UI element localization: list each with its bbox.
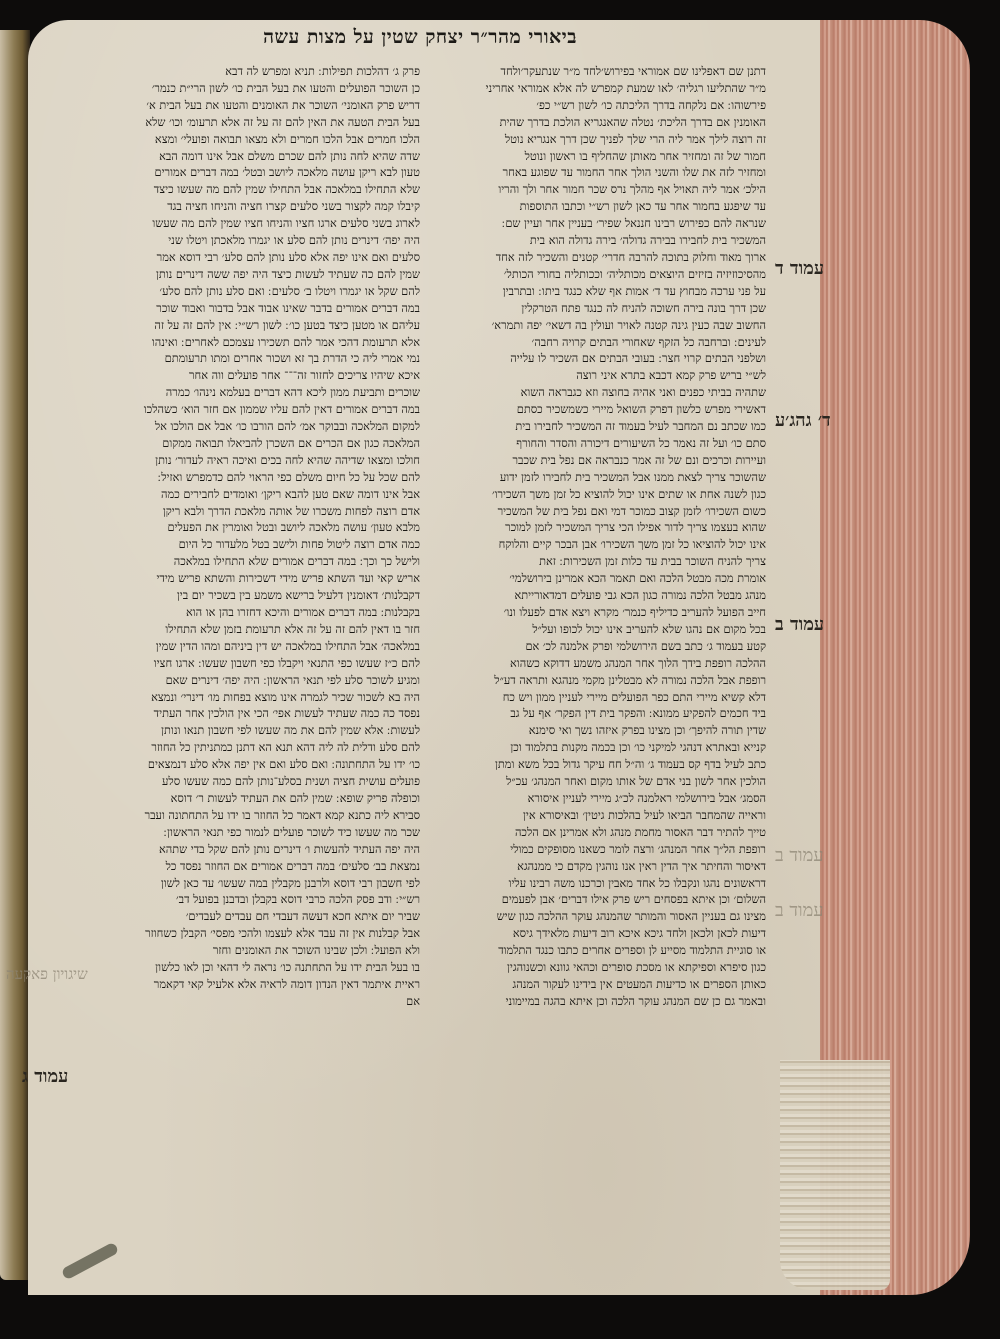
text-line: ההלכה רופפת בידך הלוך אחר המנהג משמע דדו… [436,656,766,673]
text-line: אם [96,994,420,1011]
text-line: במלאכה׳ אבל התחילו במלאכה יש דין ביניהם … [96,639,420,656]
text-line: למקום המלאכה ובבוקר אמ׳ להם הורבו כו׳ אב… [96,419,420,436]
text-line: ושלפני הבתים קרוי חצר ׃ בעובי הבתים אם ה… [436,351,766,368]
text-line: להם שכל על כל חיום משלם כפי הראוי להם כד… [96,470,420,487]
text-line: דראשונים נהגו ונקבלו כל אחד מאבין וכרכנו… [436,876,766,893]
text-line: טעון לבא ריקן עושה מלאכה ליושב ובטל׳ במה… [96,165,420,182]
text-line: שכן דרך בונה בירה חשוכה להניח לה כנגד פת… [436,301,766,318]
text-line: בו בעל הבית ידו על התחתנה כו׳ נראה לי דה… [96,960,420,977]
text-line: שהשוכר צריך לצאת ממנו אבל המשכיר בית לחב… [436,470,766,487]
text-line: על פני ערכה מבחוץ עד ד׳ אמות אף שלא כנגד… [436,284,766,301]
text-line: קטע בעמוד ג׳ כתב בשם הירושלמי ופרק אלמנה… [436,639,766,656]
margin-note-right: עמוד ב [775,845,824,866]
text-line: שמין להם כה שעתיד לעשות כיצד היה יפה ששה… [96,267,420,284]
text-line: טייך להתיר דבר האסור מחמת מנהג ולא אמרינ… [436,825,766,842]
text-line: שביר יום איתא חכא דעשה דעבדי חם עבדים לע… [96,909,420,926]
text-line: לארוג בשני סלעים ארגו חציו והניחו חציו ש… [96,216,420,233]
text-line: דאיסור והחיתר איך הדין ראין אנו נוהגין מ… [436,859,766,876]
text-line: וראייה שהמחבר הביאו לעיל בהלכות גיטין׳ ו… [436,808,766,825]
text-line: במה דברים אמורים דאין להם עליו שממון אם … [96,402,420,419]
text-column-left: פרק ג׳ דהלכות תפילות ׃ תניא ומפרש לה דבא… [96,64,420,1144]
text-line: הילכ׳ אמר ליה תאויל אף מהלך נרס שכר חמור… [436,182,766,199]
text-line: היה בא לשכור שכיר לגמרה אינו מוצא בפחות … [96,690,420,707]
text-line: מ״ר שהתליעו רגליה׳ לאו שמעת קמפרש לה אלא… [436,81,766,98]
text-line: ראיית איתמר דאין הנדון דומה לראיה אלא אל… [96,977,420,994]
text-line: כגון סיפרא וספיקתא או מסכת סופרים וכהאי … [436,960,766,977]
text-line: שוכרים ותביעת ממון ליכא דהא דברים בעלמא … [96,385,420,402]
text-line: אבל קבלנות אין זה עבד אלא לעצמו ולהכי מפ… [96,926,420,943]
text-line: רופפת הל״ך אחר המנהג׳ ורצה לומר כשאנו מס… [436,842,766,859]
text-line: כאותן הספרים או כדיעות המעטים אין בידינו… [436,977,766,994]
text-line: כתב לעיל בדף קס בעמוד ג׳ וה״ל חח עיקר גד… [436,757,766,774]
text-line: צריך להניח השוכר בבית עד כלות זמן השכירו… [436,554,766,571]
text-line: לעינים ׃ וברחבה כל הזקף שאחורי הבתים קרו… [436,335,766,352]
text-line: נפסד כה כמה שעתיד לעשות אפי׳ הכי אין הול… [96,706,420,723]
text-line: ולישל כך וכך ׃ במה דברים אמורים שלא התחי… [96,554,420,571]
text-line: שלא התחילו במלאכה אבל התחילו שמין להם מה… [96,182,420,199]
running-header: ביאורי מהר״ר יצחק שטין על מצות עשה [260,26,580,49]
text-line: דאשירי מפרש כלשון דפרק השואל מיירי כשמשכ… [436,402,766,419]
text-line: ארוך מאוד וחלוק בתוכה להרבה חדרי׳ קטנים … [436,250,766,267]
text-line: עליהם או מטען כיצד בטען כו׳ ׃ לשון רש״י … [96,318,420,335]
text-line: ומגיע לשוכר סלע לפי תנאי הראשון ׃ היה יפ… [96,673,420,690]
text-line: ועיירות וכרכים ונם של זה אמר כנבראה אם נ… [436,453,766,470]
text-line: דריש פרק האומני׳ השוכר את האומנים והטעו … [96,98,420,115]
text-line: איכא שיהיו צריכים לחזור זה־־־ אחר פועלים… [96,368,420,385]
text-line: קנייא ובאתרא דנהגי למיקני כו׳ וכן בכמה מ… [436,740,766,757]
text-line: היה יפה העתיד להעשות ו׳ דינרים נותן להם … [96,842,420,859]
text-line: דיעות לכאן ולכאן ולחד גיכא איכא רוב דיעו… [436,926,766,943]
text-line: חולכו ומצאו שדיהה שהיא לחה בכים ואיכה רא… [96,453,420,470]
text-line: אלא תרעומת דהכי אמר להם תשכירו עצמכם לאח… [96,335,420,352]
text-line: כמה אדם רוצה ליטול פחות ולישב בטל מלעדור… [96,537,420,554]
text-line: החשוב שבה כעין גינה קטנה לאויר ועולין בה… [436,318,766,335]
text-line: אבל אינו דומה שאם טען להבא ריקן׳ ואומדים… [96,487,420,504]
text-line: רופפת אבל הלכה נמורה לא מבטלינן מקמי מנה… [436,673,766,690]
text-line: להם כ״ז שעשו כפי התנאי ויקבלו כפי חשבון … [96,656,420,673]
text-line: אומרת מכה מבטל הלכה ואם תאמר הכא אמרינן … [436,571,766,588]
text-line: לש״י בריש פרק קמא דכבא בתרא איני רוצה [436,368,766,385]
text-line: בעל הבית הטעה את האין להם זה על זה אלא ת… [96,115,420,132]
text-line: האומנין אם בדרך הליכת׳ נטלה שהאנגריא הול… [436,115,766,132]
text-line: שכר מה שעשו כיד לשוכר פועלים לנמור כפי ת… [96,825,420,842]
text-line: היה יפה׳ דינרים נותן להם סלע או יגמרו מל… [96,233,420,250]
text-line: ומחזיר לזה את שלו והשני הולך אחר החמור ע… [436,165,766,182]
text-line: דלא קשיא מיירי התם כפר הפועלים מיירי לענ… [436,690,766,707]
text-line: המשכיר בית לחבירו בבירה גדולה׳ בירה גדול… [436,233,766,250]
text-line: שדין תורה להיפך׳ וכן מצינו בפרק איזהו נש… [436,723,766,740]
text-line: חייב הפועל להעריב כדיליף כנמר׳ מקרא ויצא… [436,605,766,622]
text-line: אריש קאי ועד השתא פריש מידי דשכירות והשת… [96,571,420,588]
text-line: אדם רוצה לפחות משכרו של אותה מלאכת הדרך … [96,504,420,521]
text-line: סלעים ואם אינו יפה אלא סלע נותן להם סלע׳… [96,250,420,267]
text-line: הלכו חמרים אבל הלכו חמרים ולא מצאו תבואה… [96,132,420,149]
margin-note-right: עמוד ב [775,900,824,921]
text-line: סתם כו׳ ועל זה נאמר כל השיעורים דיכורה ו… [436,436,766,453]
text-line: רש״י ׃ ודב פסק הלכה כרבי דוסא בקבלן ובדב… [96,892,420,909]
text-line: להם שקל או יגמרו ויטלו ב׳ סלעים ׃ ואם סל… [96,284,420,301]
text-line: ובאמר גם כן שם המנהג עוקר הלכה וכן איתא … [436,994,766,1011]
text-column-right: דתנן שם דאפלינו שם אמוראי בפירוש׳לחד מ״ר… [436,64,766,1150]
text-line: כשום השכירו׳ לזמן קצוב כמוכר דמי ואם נפל… [436,504,766,521]
text-line: וכופלה פריק שופא ׃ שמין להם את העתיד לעש… [96,791,420,808]
text-line: להם סלע ודלית לה ליה דהא תנא הא דתנן כמת… [96,740,420,757]
text-line: כו׳ ידו על התחתונה ׃ ואם סלע ואם אין יפה… [96,757,420,774]
text-line: מהסיכוזיזיה בזיזים היוצאים מכותליה׳ וככו… [436,267,766,284]
text-line: דקבלנות׳ דאומנין דלעיל ברישא משמע בין בש… [96,588,420,605]
worn-page-corner [780,1060,890,1290]
text-line: שהוא בעצמו צריך לדור אפילו הכי צריך המשכ… [436,520,766,537]
text-line: נמצאת בב׳ סלעים׳ במה דברים אמורים אם החו… [96,859,420,876]
margin-note-right: ד׳ גהג׳ע [775,410,831,431]
text-line: אינו יכול להוציאו כל זמן משך השכירו׳ אבן… [436,537,766,554]
previous-page-edge [0,30,30,1280]
text-line: הולכין אחר לשון בני אדם של אותו מקום ואח… [436,774,766,791]
text-line: או סוגיית התלמוד מסייע לן וספרים אחרים כ… [436,943,766,960]
text-line: כמו שכתב נם המחבר לעיל בעמוד זה המשכיר ל… [436,419,766,436]
text-line: פועלים עושית חציה ושנית בסלע־נותן להם כמ… [96,774,420,791]
margin-note-left: עמוד ג [22,1066,68,1087]
text-line: קיבלו קמה לקצור בשני סלעים קצרו חציה והנ… [96,199,420,216]
text-line: מנהג מבטל הלכה נמורה כגון הכא גבי פועלים… [436,588,766,605]
text-line: שתהיה בביתי כפנים ואני אהיה בחוצה וזא כג… [436,385,766,402]
text-line: חמור של זה ומחזיר אחר מאותן שהחליף בו רא… [436,149,766,166]
text-line: הסמג׳ אבל בירושלמי ראלמנה לכ״ג מיירי לענ… [436,791,766,808]
margin-note-right: עמוד ב [775,614,824,635]
text-line: דתנן שם דאפלינו שם אמוראי בפירוש׳לחד מ״ר… [436,64,766,81]
margin-note-right: עמוד ד [775,258,824,279]
text-line: במה דברים אמורים בדבר שאינו אבוד אבל בדב… [96,301,420,318]
text-line: מצינו גם בעניין האסור והמותר שהמנהג עוקר… [436,909,766,926]
margin-note-faint: שיגויון פאקעה [6,965,88,984]
text-line: ביד חכמים להפקיע ממונא ׃ והפקר בית דין ה… [436,706,766,723]
text-line: עד שיפגע בחמור אחר עד כאן לשון רש״י וכתב… [436,199,766,216]
text-line: לפי חשבון רבי דוסא ולרבנן מקבלין במה שעש… [96,876,420,893]
text-line: בכל מקום אם נהגו שלא להעריב אינו יכול לכ… [436,622,766,639]
text-line: פירשוהו ׃ אם נלקחה בדרך הליכתה כו׳ לשון … [436,98,766,115]
text-line: שנראה להם כפירוש רבינו חננאל שפיר׳ בעניי… [436,216,766,233]
text-line: כן השוכר הפועלים והטעו את בעל הבית כו׳ ל… [96,81,420,98]
text-line: סבירא ליה כתנא קמא דאמר כל החוזר בו ידו … [96,808,420,825]
text-line: זה רוצה לילך אמר ליה הרי שלך לפניך שכן ד… [436,132,766,149]
text-line: נמי אמרי ליה כי הדרת בך זא ושכור אחרים ו… [96,351,420,368]
text-line: פרק ג׳ דהלכות תפילות ׃ תניא ומפרש לה דבא [96,64,420,81]
text-line: חזר בו דאין להם זה על זה אלא תרעומת בזמן… [96,622,420,639]
text-line: מלבא טעון׳ עושה מלאכה ליושב ובטל ואומרין… [96,520,420,537]
text-line: השלום׳ וכן איתא בפסחים ריש פרק אילו דברי… [436,892,766,909]
text-line: לעשות ׃ אלא שמין להם את מה שעשו לפי חשבו… [96,723,420,740]
text-line: המלאכה כגון אם הכרים אם השכרן להביאלו תב… [96,436,420,453]
text-line: בקבלנות ׃ במה דברים אמורים והיכא דחזרו ב… [96,605,420,622]
text-line: שדה שהיא לחה נותן להם שכרם משלם אבל אינו… [96,149,420,166]
text-line: ולא הפועל ׃ ולכן שבינו השוכר את האומנים … [96,943,420,960]
text-line: כגון לשנה אחת או שתים אינו יכול להוציא כ… [436,487,766,504]
